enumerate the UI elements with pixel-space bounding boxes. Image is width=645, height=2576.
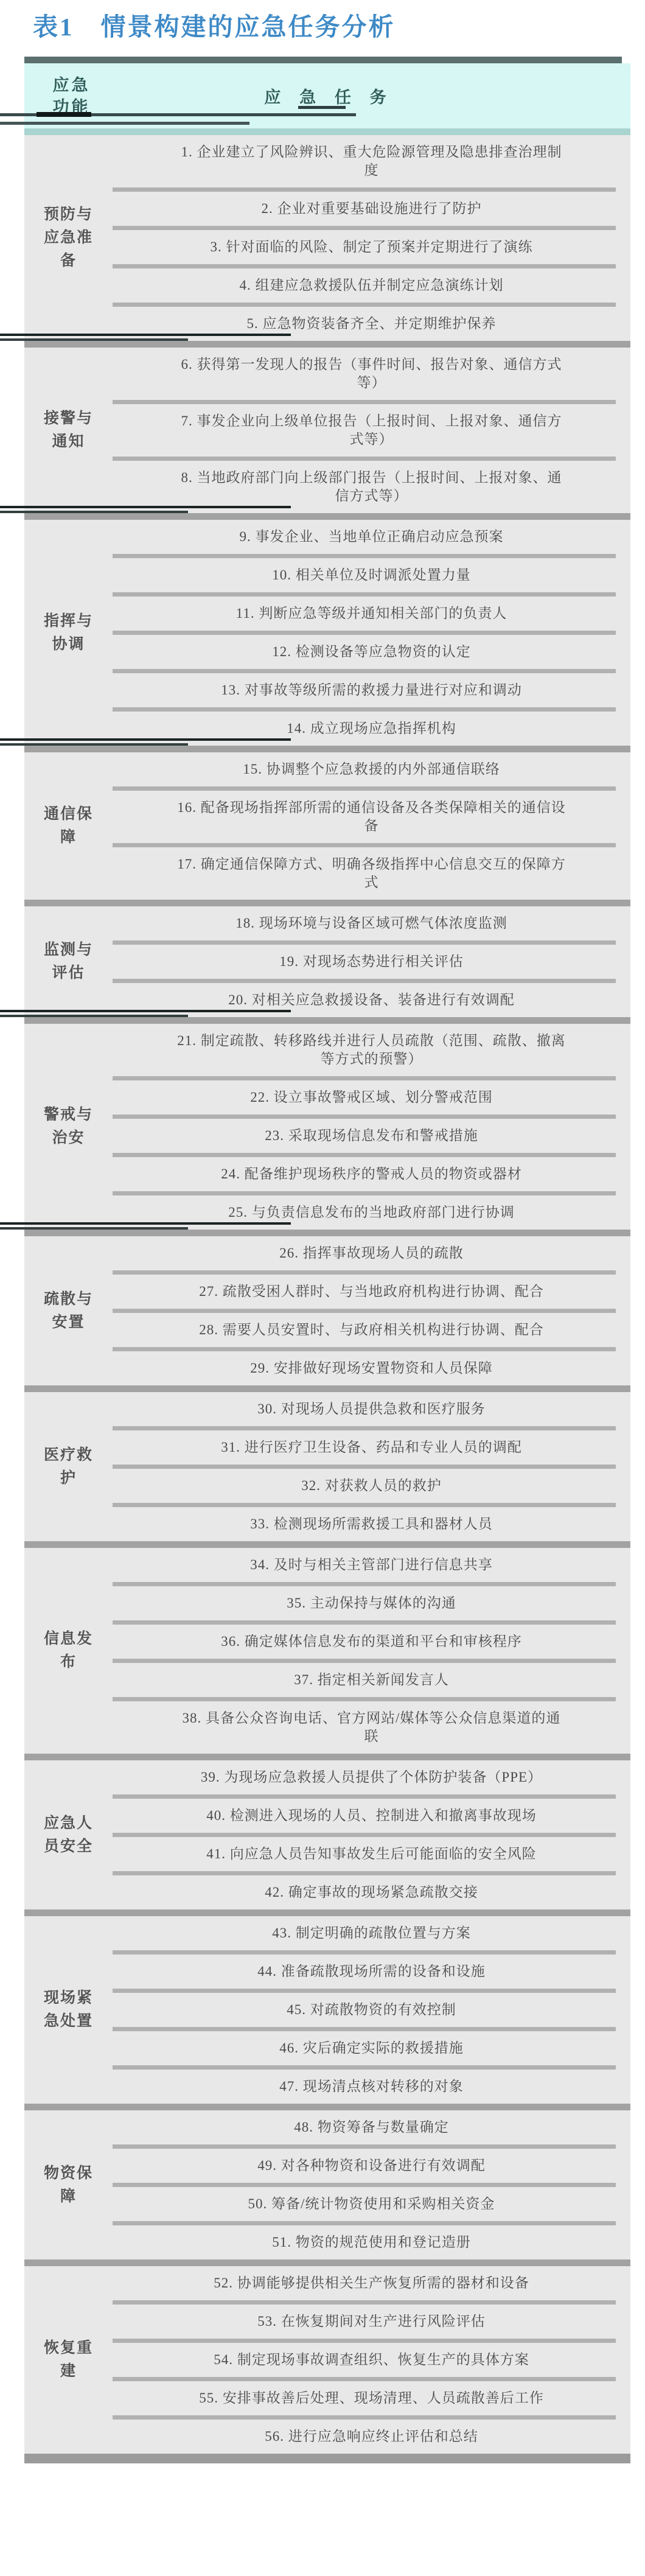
task-text: 38. 具备公众咨询电话、官方网站/媒体等公众信息渠道的通联: [177, 1709, 567, 1746]
row-separator: [113, 1950, 616, 1955]
task-row: 41. 向应急人员告知事故发生后可能面临的安全风险: [113, 1837, 630, 1871]
task-list: 34. 及时与相关主管部门进行信息共享35. 主动保持与媒体的沟通36. 确定媒…: [113, 1548, 630, 1754]
task-row: 43. 制定明确的疏散位置与方案: [113, 1916, 630, 1950]
row-separator: [113, 1697, 616, 1701]
task-row: 38. 具备公众咨询电话、官方网站/媒体等公众信息渠道的通联: [113, 1701, 630, 1754]
row-separator: [113, 2065, 616, 2070]
scan-artifact-line: [0, 1010, 291, 1012]
row-separator: [113, 400, 616, 404]
function-group: 疏散与安置26. 指挥事故现场人员的疏散27. 疏散受困人群时、与当地政府机构进…: [24, 1236, 630, 1385]
task-row: 47. 现场清点核对转移的对象: [113, 2070, 630, 2104]
group-separator: [24, 341, 630, 348]
task-row: 11. 判断应急等级并通知相关部门的负责人: [113, 597, 630, 631]
row-separator: [113, 1309, 616, 1313]
task-row: 2. 企业对重要基础设施进行了防护: [113, 192, 630, 226]
function-cell: 应急人员安全: [24, 1760, 113, 1909]
task-row: 54. 制定现场事故调查组织、恢复生产的具体方案: [113, 2343, 630, 2377]
row-separator: [113, 979, 616, 983]
task-text: 19. 对现场态势进行相关评估: [279, 953, 464, 971]
function-label: 物资保障: [40, 2162, 98, 2208]
function-label: 警戒与治安: [40, 1104, 98, 1150]
function-group: 应急人员安全39. 为现场应急救援人员提供了个体防护装备（PPE）40. 检测进…: [24, 1760, 630, 1909]
scan-artifact-line: [0, 113, 356, 116]
function-cell: 物资保障: [24, 2110, 113, 2259]
task-row: 22. 设立事故警戒区域、划分警戒范围: [113, 1080, 630, 1115]
scan-artifact-line: [0, 1015, 188, 1017]
task-row: 49. 对各种物资和设备进行有效调配: [113, 2149, 630, 2183]
row-separator: [113, 843, 616, 847]
task-text: 20. 对相关应急救援设备、装备进行有效调配: [228, 991, 515, 1009]
task-text: 53. 在恢复期间对生产进行风险评估: [257, 2312, 486, 2331]
task-row: 13. 对事故等级所需的救援力量进行对应和调动: [113, 673, 630, 707]
task-text: 48. 物资筹备与数量确定: [294, 2118, 449, 2137]
scan-artifact-line: [298, 106, 346, 109]
group-separator: [24, 2259, 630, 2266]
task-text: 54. 制定现场事故调查组织、恢复生产的具体方案: [214, 2351, 529, 2369]
task-list: 39. 为现场应急救援人员提供了个体防护装备（PPE）40. 检测进入现场的人员…: [113, 1760, 630, 1909]
task-text: 39. 为现场应急救援人员提供了个体防护装备（PPE）: [201, 1768, 542, 1787]
task-row: 32. 对获救人员的救护: [113, 1469, 630, 1503]
task-text: 45. 对疏散物资的有效控制: [287, 2001, 456, 2019]
task-text: 47. 现场清点核对转移的对象: [279, 2077, 464, 2096]
task-row: 35. 主动保持与媒体的沟通: [113, 1586, 630, 1620]
group-separator: [24, 2104, 630, 2110]
task-text: 3. 针对面临的风险、制定了预案并定期进行了演练: [211, 238, 533, 256]
function-cell: 现场紧急处置: [24, 1916, 113, 2104]
task-text: 31. 进行医疗卫生设备、药品和专业人员的调配: [221, 1438, 522, 1457]
table-header-row: 应急功能 应 急 任 务: [24, 63, 630, 128]
function-group: 指挥与协调9. 事发企业、当地单位正确启动应急预案10. 相关单位及时调派处置力…: [24, 520, 630, 746]
task-text: 21. 制定疏散、转移路线并进行人员疏散（范围、疏散、撤离等方式的预警）: [177, 1032, 567, 1068]
task-row: 55. 安排事故善后处理、现场清理、人员疏散善后工作: [113, 2381, 630, 2415]
group-separator: [24, 1017, 630, 1024]
table-body: 预防与应急准备1. 企业建立了风险辨识、重大危险源管理及隐患排查治理制度2. 企…: [24, 135, 630, 2454]
task-list: 15. 协调整个应急救援的内外部通信联络16. 配备现场指挥部所需的通信设备及各…: [113, 752, 630, 900]
function-label: 现场紧急处置: [40, 1987, 98, 2033]
task-text: 23. 采取现场信息发布和警戒措施: [265, 1127, 478, 1145]
task-row: 56. 进行应急响应终止评估和总结: [113, 2420, 630, 2454]
function-group: 医疗救护30. 对现场人员提供急救和医疗服务31. 进行医疗卫生设备、药品和专业…: [24, 1392, 630, 1541]
task-text: 18. 现场环境与设备区域可燃气体浓度监测: [235, 914, 507, 933]
task-row: 19. 对现场态势进行相关评估: [113, 945, 630, 979]
task-text: 12. 检测设备等应急物资的认定: [272, 643, 471, 661]
task-text: 4. 组建应急救援队伍并制定应急演练计划: [240, 276, 504, 295]
task-row: 37. 指定相关新闻发言人: [113, 1663, 630, 1697]
scan-artifact-line: [0, 334, 291, 336]
task-row: 21. 制定疏散、转移路线并进行人员疏散（范围、疏散、撤离等方式的预警）: [113, 1024, 630, 1076]
task-text: 7. 事发企业向上级单位报告（上报时间、上报对象、通信方式等）: [177, 412, 567, 449]
task-text: 36. 确定媒体信息发布的渠道和平台和审核程序: [221, 1633, 522, 1651]
task-list: 52. 协调能够提供相关生产恢复所需的器材和设备53. 在恢复期间对生产进行风险…: [113, 2266, 630, 2454]
task-list: 48. 物资筹备与数量确定49. 对各种物资和设备进行有效调配50. 筹备/统计…: [113, 2110, 630, 2259]
row-separator: [113, 1153, 616, 1157]
task-text: 11. 判断应急等级并通知相关部门的负责人: [236, 604, 507, 623]
task-row: 7. 事发企业向上级单位报告（上报时间、上报对象、通信方式等）: [113, 404, 630, 457]
task-row: 36. 确定媒体信息发布的渠道和平台和审核程序: [113, 1625, 630, 1659]
task-row: 42. 确定事故的现场紧急疏散交接: [113, 1875, 630, 1909]
task-text: 34. 及时与相关主管部门进行信息共享: [250, 1556, 493, 1574]
header-function-label: 应急功能: [52, 74, 92, 118]
row-separator: [113, 2144, 616, 2149]
task-text: 25. 与负责信息发布的当地政府部门进行协调: [228, 1203, 515, 1222]
task-text: 33. 检测现场所需救援工具和器材人员: [250, 1515, 493, 1533]
row-separator: [113, 303, 616, 307]
function-group: 预防与应急准备1. 企业建立了风险辨识、重大危险源管理及隐患排查治理制度2. 企…: [24, 135, 630, 341]
task-row: 12. 检测设备等应急物资的认定: [113, 635, 630, 669]
function-cell: 恢复重建: [24, 2266, 113, 2454]
task-text: 1. 企业建立了风险辨识、重大危险源管理及隐患排查治理制度: [177, 143, 567, 180]
function-group: 通信保障15. 协调整个应急救援的内外部通信联络16. 配备现场指挥部所需的通信…: [24, 752, 630, 900]
row-separator: [113, 2183, 616, 2187]
scan-artifact-line: [0, 506, 291, 508]
function-group: 恢复重建52. 协调能够提供相关生产恢复所需的器材和设备53. 在恢复期间对生产…: [24, 2266, 630, 2454]
group-separator: [24, 1909, 630, 1916]
scan-artifact-line: [0, 122, 249, 125]
task-row: 27. 疏散受困人群时、与当地政府机构进行协调、配合: [113, 1275, 630, 1309]
task-row: 46. 灾后确定实际的救援措施: [113, 2031, 630, 2065]
row-separator: [113, 226, 616, 230]
row-separator: [113, 2221, 616, 2225]
task-text: 49. 对各种物资和设备进行有效调配: [257, 2157, 486, 2175]
task-text: 56. 进行应急响应终止评估和总结: [265, 2427, 478, 2446]
page-title: 表1 情景构建的应急任务分析: [0, 0, 645, 57]
task-row: 28. 需要人员安置时、与政府相关机构进行协调、配合: [113, 1313, 630, 1347]
task-row: 4. 组建应急救援队伍并制定应急演练计划: [113, 268, 630, 303]
function-label: 医疗救护: [40, 1444, 98, 1490]
task-list: 30. 对现场人员提供急救和医疗服务31. 进行医疗卫生设备、药品和专业人员的调…: [113, 1392, 630, 1541]
function-cell: 预防与应急准备: [24, 135, 113, 341]
scan-artifact-line: [0, 338, 188, 341]
row-separator: [113, 457, 616, 461]
function-label: 指挥与协调: [40, 610, 98, 656]
row-separator: [113, 2339, 616, 2343]
task-text: 2. 企业对重要基础设施进行了防护: [262, 200, 482, 218]
task-text: 30. 对现场人员提供急救和医疗服务: [257, 1400, 486, 1418]
task-list: 18. 现场环境与设备区域可燃气体浓度监测19. 对现场态势进行相关评估20. …: [113, 906, 630, 1017]
row-separator: [113, 669, 616, 673]
task-row: 50. 筹备/统计物资使用和采购相关资金: [113, 2187, 630, 2221]
function-group: 警戒与治安21. 制定疏散、转移路线并进行人员疏散（范围、疏散、撤离等方式的预警…: [24, 1024, 630, 1230]
task-text: 55. 安排事故善后处理、现场清理、人员疏散善后工作: [199, 2389, 544, 2407]
task-row: 15. 协调整个应急救援的内外部通信联络: [113, 752, 630, 786]
function-group: 现场紧急处置43. 制定明确的疏散位置与方案44. 准备疏散现场所需的设备和设施…: [24, 1916, 630, 2104]
task-text: 5. 应急物资装备齐全、并定期维护保养: [247, 315, 497, 333]
task-text: 27. 疏散受困人群时、与当地政府机构进行协调、配合: [199, 1283, 544, 1301]
task-text: 17. 确定通信保障方式、明确各级指挥中心信息交互的保障方式: [177, 855, 567, 892]
task-text: 40. 检测进入现场的人员、控制进入和撤离事故现场: [206, 1807, 537, 1825]
task-list: 43. 制定明确的疏散位置与方案44. 准备疏散现场所需的设备和设施45. 对疏…: [113, 1916, 630, 2104]
function-label: 预防与应急准备: [40, 203, 98, 273]
task-row: 26. 指挥事故现场人员的疏散: [113, 1236, 630, 1270]
task-text: 22. 设立事故警戒区域、划分警戒范围: [250, 1088, 493, 1107]
function-group: 信息发布34. 及时与相关主管部门进行信息共享35. 主动保持与媒体的沟通36.…: [24, 1548, 630, 1754]
table-top-border: [24, 57, 622, 63]
function-group: 接警与通知6. 获得第一发现人的报告（事件时间、报告对象、通信方式等）7. 事发…: [24, 348, 630, 513]
task-row: 30. 对现场人员提供急救和医疗服务: [113, 1392, 630, 1426]
function-cell: 通信保障: [24, 752, 113, 900]
function-label: 监测与评估: [40, 939, 98, 985]
group-separator: [24, 1385, 630, 1392]
task-text: 29. 安排做好现场安置物资和人员保障: [250, 1359, 493, 1377]
task-text: 13. 对事故等级所需的救援力量进行对应和调动: [221, 681, 522, 699]
task-text: 14. 成立现场应急指挥机构: [287, 719, 456, 738]
row-separator: [113, 1270, 616, 1275]
task-text: 41. 向应急人员告知事故发生后可能面临的安全风险: [206, 1845, 537, 1863]
task-text: 37. 指定相关新闻发言人: [294, 1671, 449, 1689]
task-text: 46. 灾后确定实际的救援措施: [279, 2039, 464, 2057]
task-row: 52. 协调能够提供相关生产恢复所需的器材和设备: [113, 2266, 630, 2300]
group-separator: [24, 746, 630, 752]
emergency-task-table: 应急功能 应 急 任 务 预防与应急准备1. 企业建立了风险辨识、重大危险源管理…: [24, 57, 630, 2463]
function-label: 应急人员安全: [40, 1812, 98, 1858]
scan-artifact-line: [0, 1222, 291, 1225]
task-text: 43. 制定明确的疏散位置与方案: [272, 1924, 471, 1942]
row-separator: [113, 2300, 616, 2305]
task-list: 6. 获得第一发现人的报告（事件时间、报告对象、通信方式等）7. 事发企业向上级…: [113, 348, 630, 513]
task-row: 18. 现场环境与设备区域可燃气体浓度监测: [113, 906, 630, 940]
header-task-label: 应 急 任 务: [264, 88, 393, 107]
scan-artifact-line: [0, 511, 188, 513]
group-separator: [24, 1230, 630, 1236]
task-text: 6. 获得第一发现人的报告（事件时间、报告对象、通信方式等）: [177, 355, 567, 392]
row-separator: [113, 1191, 616, 1195]
row-separator: [113, 940, 616, 945]
row-separator: [113, 1503, 616, 1507]
scan-artifact-line: [0, 1227, 188, 1230]
scan-artifact-line: [0, 738, 291, 741]
row-separator: [113, 2415, 616, 2420]
task-row: 33. 检测现场所需救援工具和器材人员: [113, 1507, 630, 1541]
task-row: 29. 安排做好现场安置物资和人员保障: [113, 1351, 630, 1385]
function-label: 接警与通知: [40, 407, 98, 453]
function-cell: 警戒与治安: [24, 1024, 113, 1230]
task-row: 53. 在恢复期间对生产进行风险评估: [113, 2305, 630, 2339]
row-separator: [113, 1989, 616, 1993]
row-separator: [113, 592, 616, 597]
group-separator: [24, 900, 630, 906]
function-cell: 指挥与协调: [24, 520, 113, 746]
task-text: 26. 指挥事故现场人员的疏散: [279, 1244, 464, 1262]
row-separator: [113, 2377, 616, 2381]
task-text: 10. 相关单位及时调派处置力量: [272, 566, 471, 584]
task-row: 6. 获得第一发现人的报告（事件时间、报告对象、通信方式等）: [113, 348, 630, 400]
task-list: 21. 制定疏散、转移路线并进行人员疏散（范围、疏散、撤离等方式的预警）22. …: [113, 1024, 630, 1230]
task-text: 42. 确定事故的现场紧急疏散交接: [265, 1883, 478, 1902]
row-separator: [113, 187, 616, 192]
task-row: 17. 确定通信保障方式、明确各级指挥中心信息交互的保障方式: [113, 847, 630, 900]
task-text: 32. 对获救人员的救护: [301, 1477, 442, 1495]
row-separator: [113, 1659, 616, 1663]
function-cell: 信息发布: [24, 1548, 113, 1754]
task-text: 44. 准备疏散现场所需的设备和设施: [257, 1962, 486, 1981]
task-row: 45. 对疏散物资的有效控制: [113, 1993, 630, 2027]
row-separator: [113, 1794, 616, 1799]
row-separator: [113, 1115, 616, 1119]
task-row: 51. 物资的规范使用和登记造册: [113, 2225, 630, 2259]
task-text: 28. 需要人员安置时、与政府相关机构进行协调、配合: [199, 1321, 544, 1339]
row-separator: [113, 264, 616, 268]
function-cell: 监测与评估: [24, 906, 113, 1017]
task-text: 35. 主动保持与媒体的沟通: [287, 1594, 456, 1612]
task-row: 16. 配备现场指挥部所需的通信设备及各类保障相关的通信设备: [113, 791, 630, 843]
row-separator: [113, 2027, 616, 2031]
task-row: 10. 相关单位及时调派处置力量: [113, 558, 630, 592]
row-separator: [113, 554, 616, 558]
function-cell: 医疗救护: [24, 1392, 113, 1541]
task-row: 44. 准备疏散现场所需的设备和设施: [113, 1955, 630, 1989]
header-cell-task: 应 急 任 务: [113, 84, 545, 108]
task-text: 52. 协调能够提供相关生产恢复所需的器材和设备: [214, 2274, 529, 2292]
row-separator: [113, 1347, 616, 1351]
function-label: 信息发布: [40, 1628, 98, 1674]
task-row: 9. 事发企业、当地单位正确启动应急预案: [113, 520, 630, 554]
scan-artifact-line: [0, 743, 188, 746]
task-list: 26. 指挥事故现场人员的疏散27. 疏散受困人群时、与当地政府机构进行协调、配…: [113, 1236, 630, 1385]
group-separator: [24, 1754, 630, 1760]
row-separator: [113, 1833, 616, 1837]
row-separator: [113, 1426, 616, 1430]
group-separator: [24, 513, 630, 520]
group-separator: [24, 1541, 630, 1548]
row-separator: [113, 631, 616, 635]
table-bottom-border: [24, 2454, 630, 2463]
header-cell-function: 应急功能: [24, 74, 113, 118]
task-row: 48. 物资筹备与数量确定: [113, 2110, 630, 2144]
task-row: 1. 企业建立了风险辨识、重大危险源管理及隐患排查治理制度: [113, 135, 630, 187]
task-list: 1. 企业建立了风险辨识、重大危险源管理及隐患排查治理制度2. 企业对重要基础设…: [113, 135, 630, 341]
function-cell: 接警与通知: [24, 348, 113, 513]
task-row: 23. 采取现场信息发布和警戒措施: [113, 1119, 630, 1153]
task-text: 9. 事发企业、当地单位正确启动应急预案: [240, 528, 504, 546]
function-group: 物资保障48. 物资筹备与数量确定49. 对各种物资和设备进行有效调配50. 筹…: [24, 2110, 630, 2259]
task-text: 24. 配备维护现场秩序的警戒人员的物资或器材: [221, 1165, 522, 1183]
task-row: 34. 及时与相关主管部门进行信息共享: [113, 1548, 630, 1582]
function-cell: 疏散与安置: [24, 1236, 113, 1385]
task-row: 40. 检测进入现场的人员、控制进入和撤离事故现场: [113, 1799, 630, 1833]
function-label: 恢复重建: [40, 2337, 98, 2383]
row-separator: [113, 1620, 616, 1625]
task-list: 9. 事发企业、当地单位正确启动应急预案10. 相关单位及时调派处置力量11. …: [113, 520, 630, 746]
row-separator: [113, 707, 616, 712]
function-label: 疏散与安置: [40, 1288, 98, 1334]
task-row: 3. 针对面临的风险、制定了预案并定期进行了演练: [113, 230, 630, 264]
function-label: 通信保障: [40, 803, 98, 849]
header-divider-band: [24, 128, 630, 135]
row-separator: [113, 1871, 616, 1875]
function-group: 监测与评估18. 现场环境与设备区域可燃气体浓度监测19. 对现场态势进行相关评…: [24, 906, 630, 1017]
task-text: 15. 协调整个应急救援的内外部通信联络: [243, 760, 500, 779]
task-text: 16. 配备现场指挥部所需的通信设备及各类保障相关的通信设备: [177, 799, 567, 835]
row-separator: [113, 1465, 616, 1469]
row-separator: [113, 786, 616, 791]
task-text: 51. 物资的规范使用和登记造册: [272, 2233, 471, 2252]
task-row: 24. 配备维护现场秩序的警戒人员的物资或器材: [113, 1157, 630, 1191]
task-row: 31. 进行医疗卫生设备、药品和专业人员的调配: [113, 1430, 630, 1465]
row-separator: [113, 1076, 616, 1080]
task-text: 8. 当地政府部门向上级部门报告（上报时间、上报对象、通信方式等）: [177, 469, 567, 505]
task-row: 39. 为现场应急救援人员提供了个体防护装备（PPE）: [113, 1760, 630, 1794]
task-text: 50. 筹备/统计物资使用和采购相关资金: [248, 2195, 495, 2213]
row-separator: [113, 1582, 616, 1586]
